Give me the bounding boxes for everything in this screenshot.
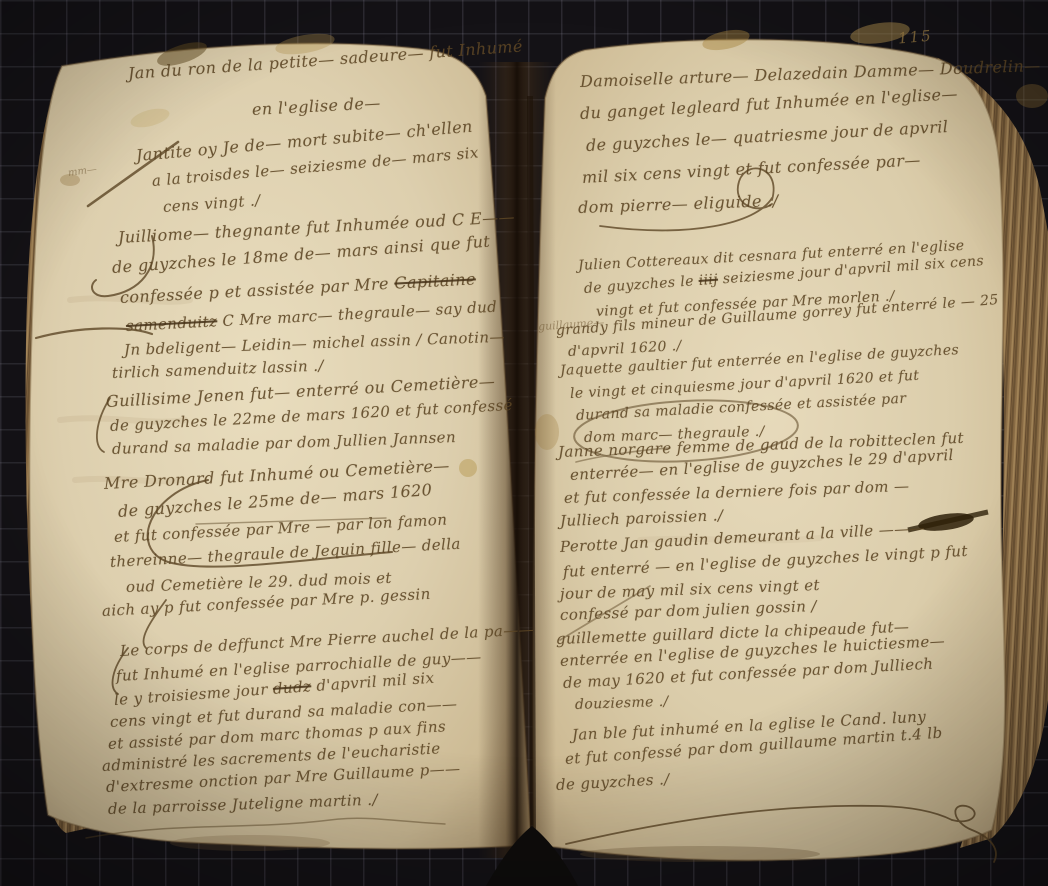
manuscript-line: cens vingt ./ [162,191,261,216]
manuscript-line: douziesme ./ [575,694,669,713]
page-number: 115 [897,27,933,48]
manuscript-line: du ganget legleard fut Inhumée en l'egli… [580,84,959,123]
manuscript-line: en l'eglise de— [252,93,382,119]
struck-word: iiij [698,272,718,289]
manuscript-line: Jan du ron de la petite— sadeure— fut In… [127,36,523,83]
line-segment: de guyzches le [583,273,699,297]
manuscript-line: mil six cens vingt et fut confessée par— [582,150,922,187]
manuscript-line: dom pierre— eliguide ./ [578,191,779,217]
struck-word: samenduitz [126,312,218,335]
struck-word: Capitaine [394,269,476,292]
manuscript-line: de la parroisse Juteligne martin ./ [108,791,378,818]
struck-word: dudz [272,677,312,698]
line-segment: le y troisiesme jour [113,680,273,709]
left-margin-note: mm— [67,164,97,179]
line-segment: confessée p et assistée par Mre [120,274,395,307]
manuscript-line: de guyzches ./ [556,770,671,794]
manuscript-line: tirlich samenduitz lassin ./ [112,357,324,382]
line-segment: C Mre marc— thegraule— say dud [217,298,498,331]
manuscript-line: Julliech paroissien ./ [560,506,724,530]
manuscript-line: de guyzches le— quatriesme jour de apvri… [586,117,949,155]
manuscript-line: Jn bdeligent— Leidin— michel assin / Can… [124,328,505,359]
handwriting-layer: 115 mm— Jan du ron de la petite— sadeure… [0,0,1048,886]
manuscript-line: Damoiselle arture— Delazedain Damme— Dou… [580,56,1041,91]
manuscript-photo: 115 mm— Jan du ron de la petite— sadeure… [0,0,1048,886]
manuscript-line: durand sa maladie par dom Jullien Jannse… [112,428,457,458]
